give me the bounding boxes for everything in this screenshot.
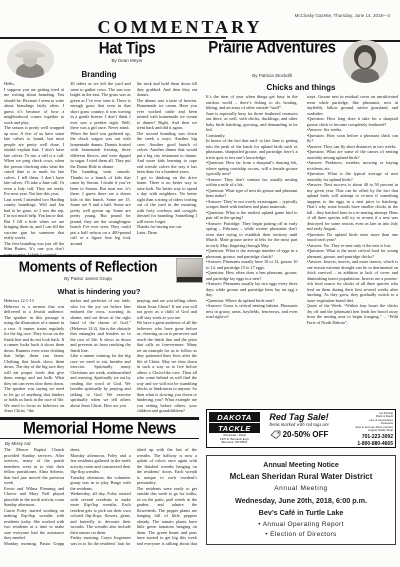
hat-tips-headline: Branding [2, 70, 196, 79]
memorial-home-news-title: Memorial Home News [0, 419, 199, 438]
photo-caption-strip [177, 277, 202, 282]
notice-agenda-item-1: • Annual Operating Report [211, 521, 391, 528]
hat-tips-body: Hello, I suppose you are getting tired o… [4, 81, 197, 256]
hat-tips-title: Hat Tips [58, 39, 196, 57]
sale-title: Red Tag Sale! [261, 412, 337, 422]
prairie-adventures-title: Prairie Adventures [208, 39, 336, 56]
sale-details: Ice Fishing Rods & Reels Line & Accessor… [337, 410, 395, 447]
notice-organization: McLean Sheridan Rural Water District [211, 472, 391, 481]
annual-meeting-notice-ad: Annual Meeting Notice McLean Sheridan Ru… [206, 455, 396, 545]
moments-column-3: praying, and are you telling others abou… [137, 298, 197, 415]
prairie-adventures-body: It’s the time of year when things get bu… [206, 94, 398, 406]
sale-item: Largest Tackle Shop [337, 429, 393, 432]
memorial-column-2: dents. Monday afternoon, Foley and a few… [70, 447, 130, 546]
hat-tips-column-1: Hello, I suppose you are getting tired o… [4, 81, 64, 256]
page-title: Commentary [20, 12, 340, 40]
memorial-home-news-body: The Mercer Baptist Church provided Sunda… [4, 447, 197, 546]
patricia-stockdill-photo [343, 40, 388, 83]
notice-title: Annual Meeting Notice [211, 462, 391, 469]
newspaper-page: McClusky Gazette, Thursday, June 14, 201… [0, 0, 400, 567]
moments-of-reflection-body: Hebrews 12:1-13 Hebrews is a sermon that… [4, 298, 197, 415]
store-address-line-3: Bismarck, ND 58504 [209, 441, 260, 445]
hat-tips-column-2: 40 riders as we left the yard and went t… [70, 81, 130, 256]
moments-of-reflection-photo [176, 258, 203, 283]
notice-event: Annual Meeting [211, 485, 391, 492]
memorial-column-3: ished up with the last of the wreaths. T… [137, 447, 197, 546]
discount-text: 20-50% OFF [283, 430, 329, 439]
prairie-adventures-column-2: ways. Grouse nest in residual cover on u… [307, 94, 399, 406]
sale-subtitle: Items marked with red tags are [261, 423, 337, 428]
phone-number-2: 1-800-880-4665 [337, 441, 393, 447]
moments-column-2: author and perfecter of our faith, who f… [70, 298, 130, 415]
woman-portrait-icon [343, 40, 388, 83]
prairie-adventures-column-1: It’s the time of year when things get bu… [206, 94, 298, 406]
red-tag-icon [270, 430, 281, 439]
moments-of-reflection-byline: By Pastor James Grupp [2, 276, 174, 281]
notice-location: Bev’s Café in Turtle Lake [211, 508, 391, 517]
notice-datetime: Wednesday, June 20th, 2018, 6:00 p.m. [211, 496, 391, 505]
discount-line: 20-50% OFF [261, 430, 337, 439]
moments-of-reflection-headline: What is hindering you? [2, 287, 196, 296]
sale-message: Red Tag Sale! Items marked with red tags… [261, 410, 337, 447]
hat-tips-column-3: the neck and hold them down till they gr… [137, 81, 197, 256]
memorial-column-1: The Mercer Baptist Church provided Sunda… [4, 447, 64, 546]
moments-rule-top [0, 255, 202, 257]
store-name-line-2: TACKLE [209, 423, 260, 433]
moments-of-reflection-title: Moments of Reflection [2, 258, 174, 274]
phone-number-1: 701-223-3092 [337, 434, 393, 440]
moments-column-1: Hebrews 12:1-13 Hebrews is a sermon that… [4, 298, 64, 415]
hat-tips-byline: By Dean Meyer [58, 58, 196, 63]
dakota-tackle-ad: DAKOTA TACKLE Wholesale • Retail 1937 E.… [206, 409, 396, 448]
dakota-tackle-logo: DAKOTA TACKLE Wholesale • Retail 1937 E.… [207, 410, 261, 447]
memorial-home-news-byline: By Missy Aal [5, 441, 65, 446]
prairie-adventures-headline: Chicks and things [204, 83, 398, 92]
store-name-line-1: DAKOTA [209, 412, 260, 422]
memorial-rule-bottom [0, 438, 199, 439]
notice-agenda-item-2: • Election of Directors [211, 531, 391, 538]
prairie-adventures-byline: By Patricia Stockdill [208, 73, 336, 78]
